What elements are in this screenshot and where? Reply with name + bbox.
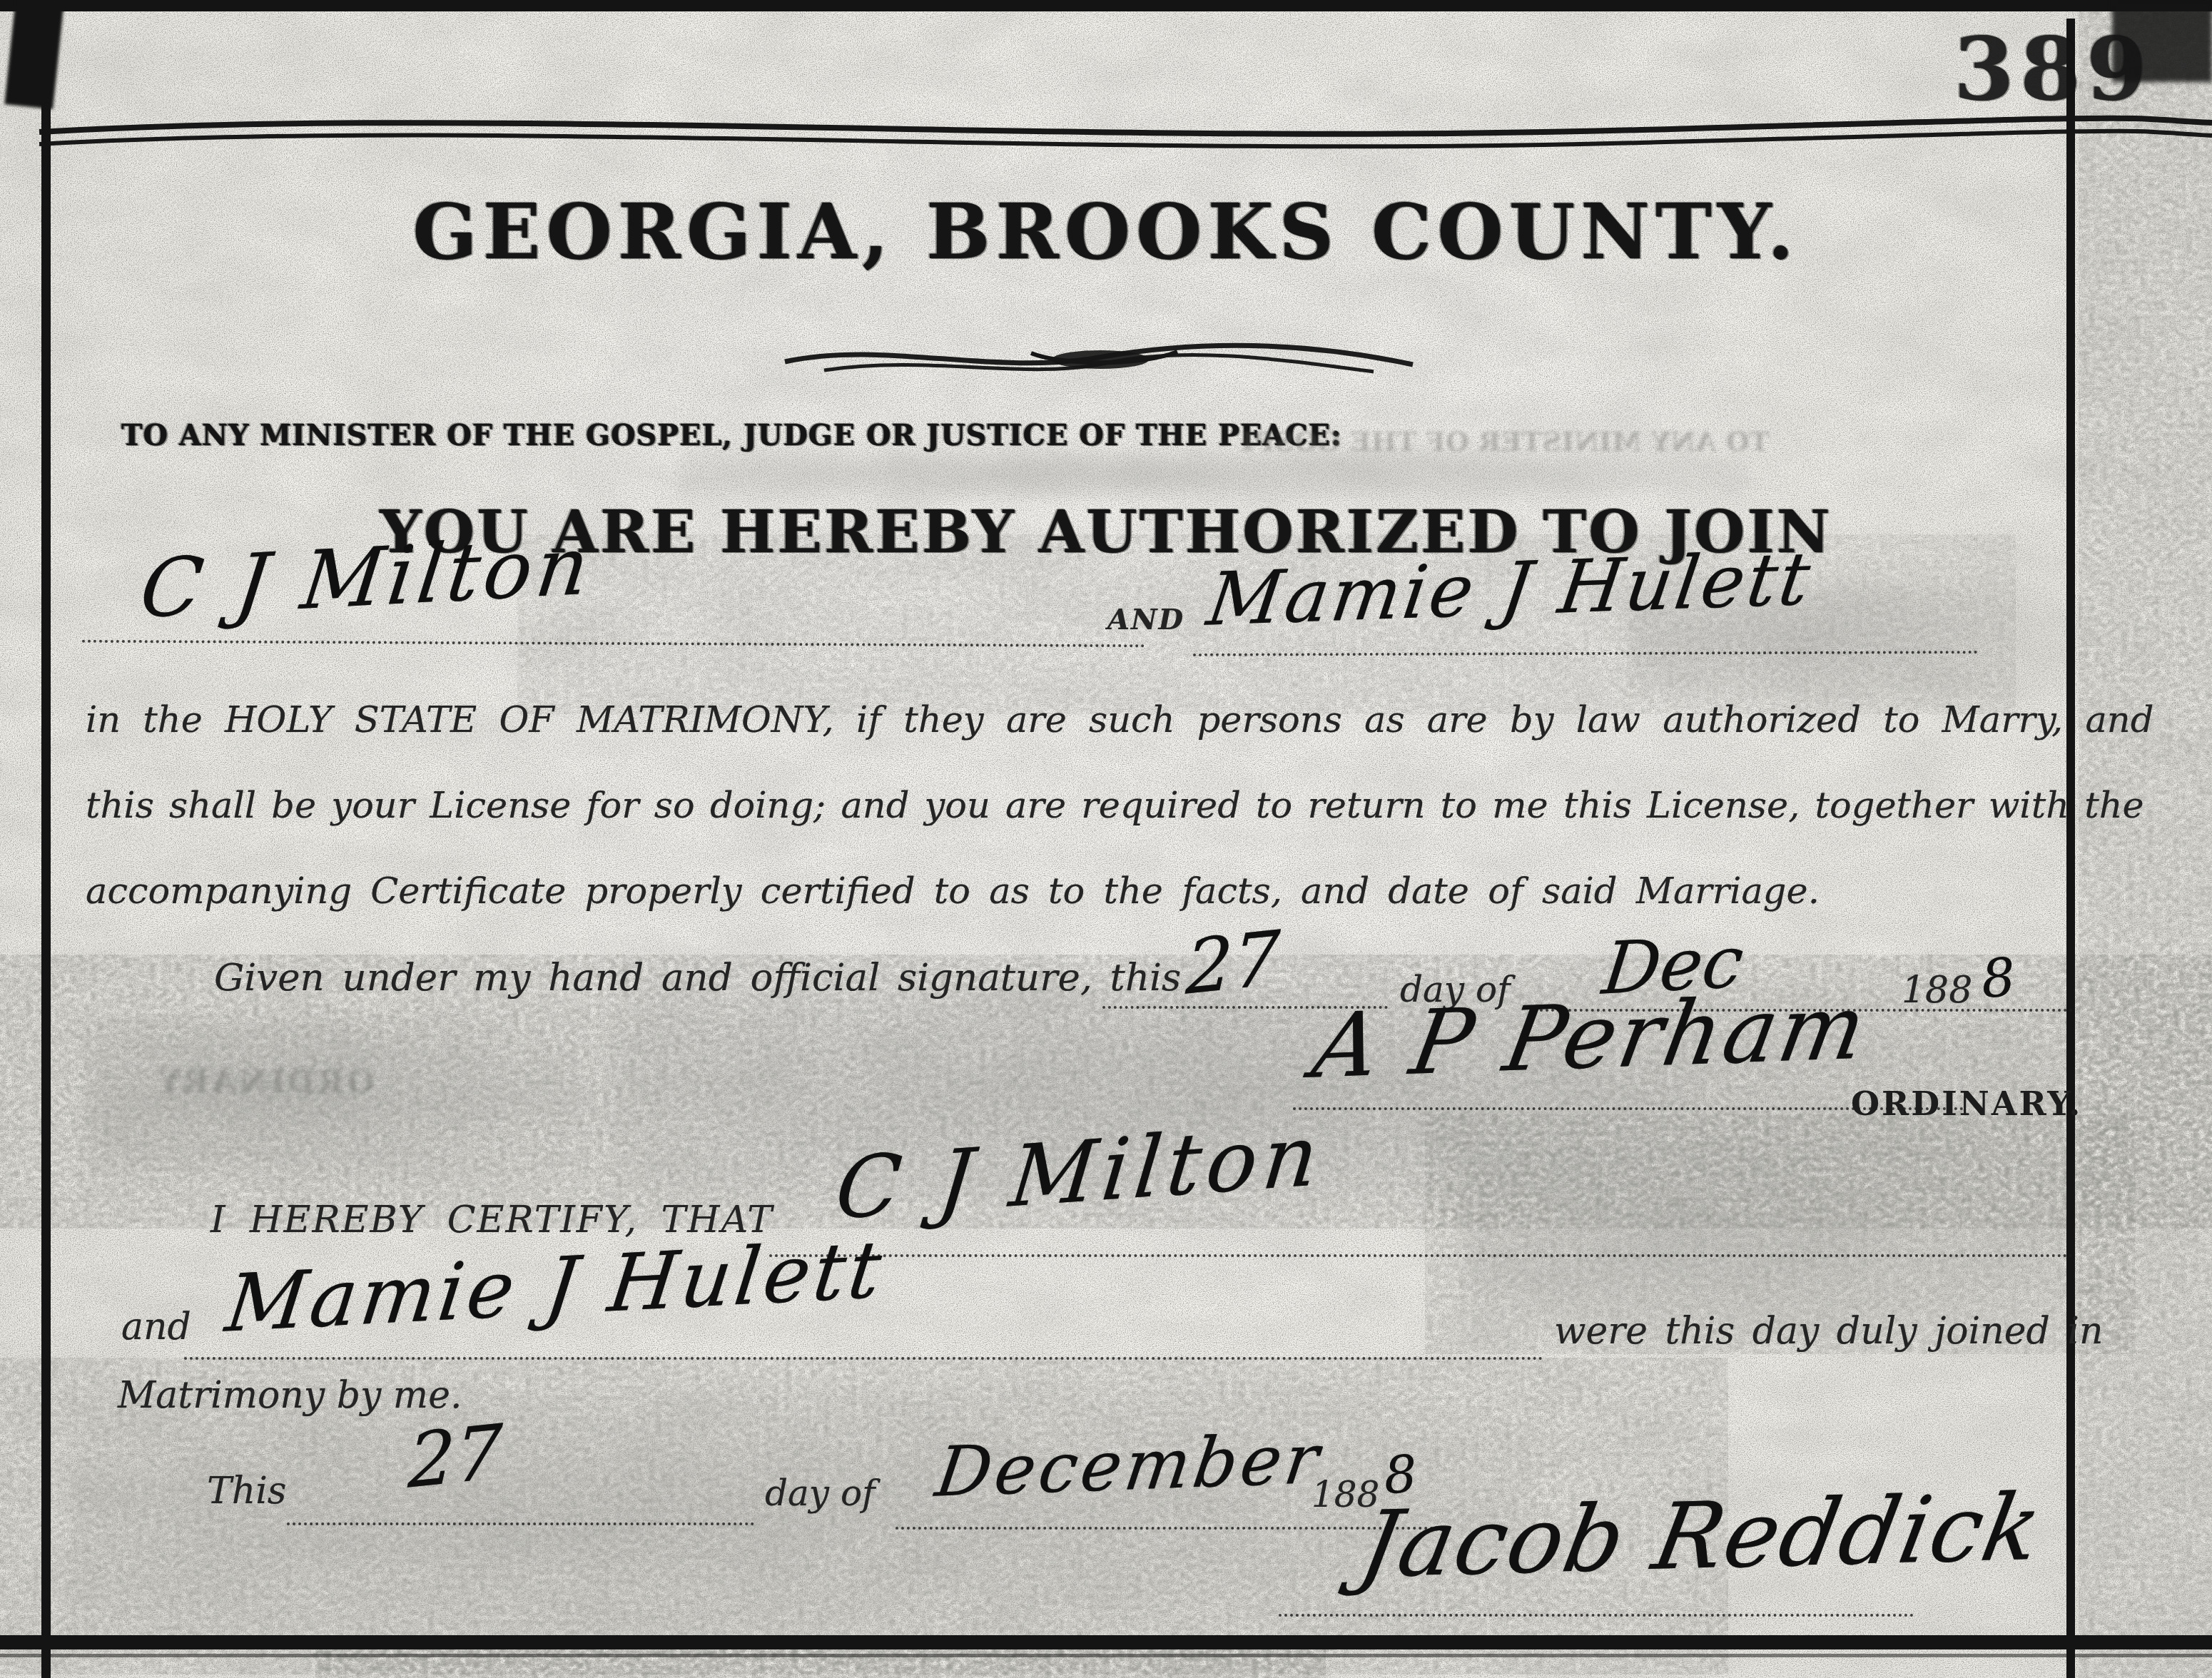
title-flourish-icon bbox=[778, 325, 1420, 392]
ordinary-bleedthrough: ORDINARY bbox=[156, 1064, 375, 1101]
scanned-marriage-license-page: 389 GEORGIA, BROOKS COUNTY. TO ANY MINIS… bbox=[0, 0, 2212, 1678]
page-number: 389 bbox=[1954, 17, 2153, 120]
ordinary-label: ORDINARY. bbox=[1851, 1084, 2082, 1123]
ordinary-signature-handwritten: A P Perham bbox=[1306, 976, 1876, 1099]
noise-rect bbox=[2091, 86, 2212, 1677]
cert-month-handwritten: December bbox=[931, 1419, 1327, 1512]
this-label: This bbox=[207, 1470, 287, 1512]
certify-bride-line bbox=[184, 1357, 1543, 1360]
right-margin-rule bbox=[2066, 19, 2075, 1678]
issued-prefix: Given under my hand and official signatu… bbox=[214, 956, 1181, 1000]
minister-signature-handwritten: Jacob Reddick bbox=[1352, 1474, 2051, 1599]
issued-year-digit-handwritten: 8 bbox=[1979, 947, 2017, 1010]
issued-year-printed: 188 bbox=[1902, 969, 1972, 1012]
cert-day-of-label: day of bbox=[765, 1473, 876, 1514]
conjunction-label: AND bbox=[1107, 603, 1184, 636]
body-line-3: accompanying Certificate properly certif… bbox=[86, 870, 1820, 912]
top-edge-bar bbox=[0, 0, 2212, 11]
body-line-1: in the HOLY STATE OF MATRIMONY, if they … bbox=[86, 699, 2153, 741]
bottom-rule-secondary bbox=[0, 1654, 2212, 1657]
body-line-2: this shall be your License for so doing;… bbox=[86, 785, 2144, 827]
salutation-line: TO ANY MINISTER OF THE GOSPEL, JUDGE OR … bbox=[121, 418, 1342, 452]
certify-groom-line bbox=[769, 1254, 2074, 1257]
and-label: and bbox=[121, 1306, 191, 1348]
cert-day-handwritten: 27 bbox=[407, 1408, 504, 1505]
joined-text: were this day duly joined in bbox=[1554, 1310, 2103, 1353]
left-margin-rule bbox=[41, 56, 51, 1678]
document-title: GEORGIA, BROOKS COUNTY. bbox=[412, 187, 1800, 276]
cert-day-line bbox=[287, 1522, 754, 1525]
salutation-bleedthrough: TO ANY MINISTER OF THE GOSPEL, JUDGE OR … bbox=[1242, 425, 1770, 457]
bottom-double-rule bbox=[0, 1635, 2212, 1649]
cert-month-line bbox=[896, 1527, 1445, 1530]
minister-signature-line bbox=[1279, 1614, 1914, 1617]
matrimony-text: Matrimony by me. bbox=[118, 1374, 462, 1417]
top-double-rule bbox=[0, 78, 2212, 178]
issued-day-handwritten: 27 bbox=[1184, 914, 1282, 1012]
